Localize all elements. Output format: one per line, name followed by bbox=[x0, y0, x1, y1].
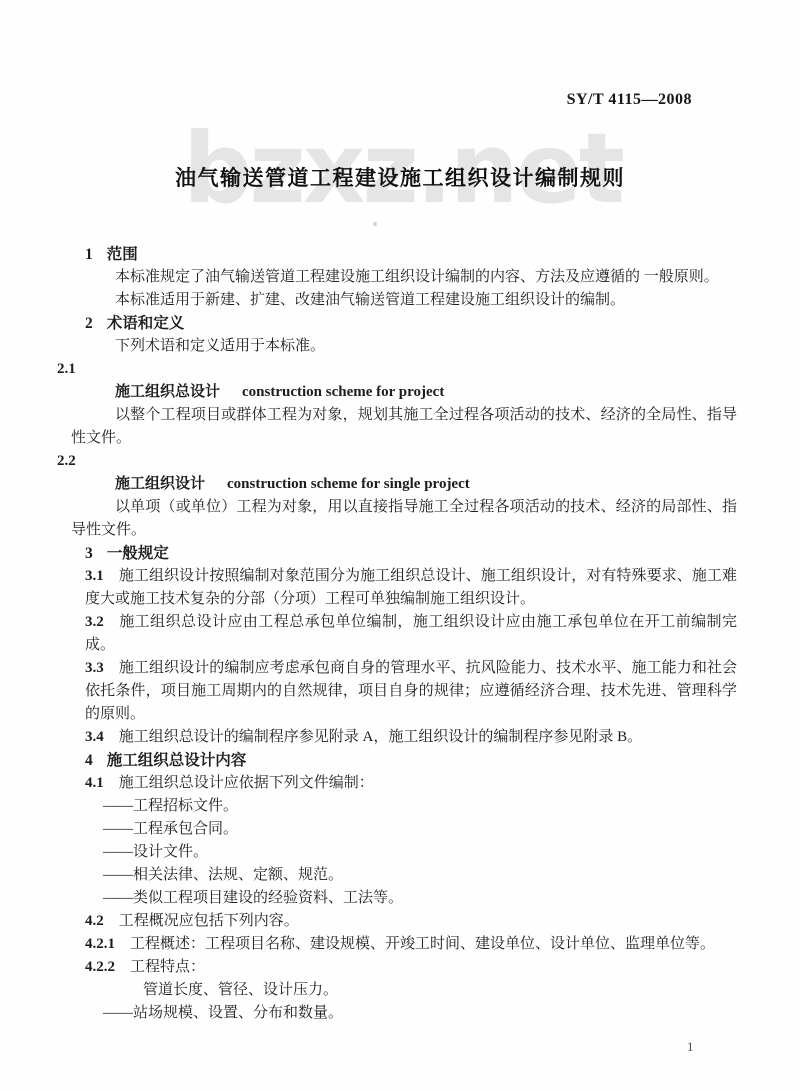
section-1-title: 范围 bbox=[107, 246, 138, 263]
section-4-title: 施工组织总设计内容 bbox=[107, 752, 247, 769]
section-2-heading: 2术语和定义 bbox=[85, 312, 737, 335]
section-2-intro: 下列术语和定义适用于本标准。 bbox=[85, 335, 737, 358]
standard-code: SY/T 4115—2008 bbox=[567, 91, 692, 109]
clause-3-4-text: 施工组织总设计的编制程序参见附录 A，施工组织设计的编制程序参见附录 B。 bbox=[119, 729, 642, 745]
clause-3-2-number: 3.2 bbox=[85, 614, 104, 630]
term-2-2: 2.2 施工组织设计construction scheme for single… bbox=[71, 450, 737, 542]
term-2-2-english: construction scheme for single project bbox=[227, 476, 470, 492]
document-title: 油气输送管道工程建设施工组织设计编制规则 bbox=[0, 162, 800, 192]
section-2-number: 2 bbox=[85, 315, 93, 332]
term-2-1-number: 2.1 bbox=[57, 358, 737, 381]
clause-4-2-1: 4.2.1工程概述：工程项目名称、建设规模、开竣工时间、建设单位、设计单位、监理… bbox=[85, 933, 737, 956]
basis-list-item: ——设计文件。 bbox=[85, 841, 737, 864]
section-1-number: 1 bbox=[85, 246, 93, 263]
term-2-2-definition: 以单项（或单位）工程为对象，用以直接指导施工全过程各项活动的技术、经济的局部性、… bbox=[71, 496, 737, 542]
clause-3-2-text: 施工组织总设计应由工程总承包单位编制，施工组织设计应由施工承包单位在开工前编制完… bbox=[85, 614, 737, 653]
clause-3-2: 3.2施工组织总设计应由工程总承包单位编制，施工组织设计应由施工承包单位在开工前… bbox=[85, 611, 737, 657]
section-1-heading: 1范围 bbox=[85, 243, 737, 266]
basis-list-item: ——类似工程项目建设的经验资料、工法等。 bbox=[85, 887, 737, 910]
clause-3-3-text: 施工组织设计的编制应考虑承包商自身的管理水平、抗风险能力、技术水平、施工能力和社… bbox=[85, 660, 737, 722]
term-2-1-name: 施工组织总设计construction scheme for project bbox=[71, 381, 737, 404]
section-2-title: 术语和定义 bbox=[107, 315, 185, 332]
basis-list-item: ——工程承包合同。 bbox=[85, 818, 737, 841]
scan-artifact-dot bbox=[373, 222, 377, 226]
clause-3-4-number: 3.4 bbox=[85, 729, 104, 745]
section-3-heading: 3一般规定 bbox=[85, 542, 737, 565]
clause-3-3: 3.3施工组织设计的编制应考虑承包商自身的管理水平、抗风险能力、技术水平、施工能… bbox=[85, 657, 737, 726]
term-2-2-number: 2.2 bbox=[57, 450, 737, 473]
clause-3-1: 3.1施工组织设计按照编制对象范围分为施工组织总设计、施工组织设计，对有特殊要求… bbox=[85, 565, 737, 611]
term-2-1-definition: 以整个工程项目或群体工程为对象，规划其施工全过程各项活动的技术、经济的全局性、指… bbox=[71, 404, 737, 450]
section-3-title: 一般规定 bbox=[107, 545, 169, 562]
feature-list-item: 管道长度、管径、设计压力。 bbox=[85, 979, 737, 1002]
clause-4-2-1-number: 4.2.1 bbox=[85, 936, 115, 952]
clause-4-2-2-text: 工程特点： bbox=[130, 959, 205, 975]
term-2-2-chinese: 施工组织设计 bbox=[115, 476, 205, 492]
basis-list-item: ——工程招标文件。 bbox=[85, 795, 737, 818]
feature-list-item: ——站场规模、设置、分布和数量。 bbox=[85, 1002, 737, 1025]
clause-4-2: 4.2工程概况应包括下列内容。 bbox=[85, 910, 737, 933]
document-page: SY/T 4115—2008 bzxz.net 油气输送管道工程建设施工组织设计… bbox=[0, 0, 800, 1090]
term-2-1: 2.1 施工组织总设计construction scheme for proje… bbox=[71, 358, 737, 450]
clause-4-2-text: 工程概况应包括下列内容。 bbox=[119, 913, 299, 929]
clause-4-1-number: 4.1 bbox=[85, 775, 104, 791]
page-number: 1 bbox=[687, 1039, 694, 1055]
section-1-paragraph-1: 本标准规定了油气输送管道工程建设施工组织设计编制的内容、方法及应遵循的 一般原则… bbox=[85, 266, 737, 289]
term-2-1-chinese: 施工组织总设计 bbox=[115, 384, 220, 400]
clause-4-2-2: 4.2.2工程特点： bbox=[85, 956, 737, 979]
section-1-paragraph-2: 本标准适用于新建、扩建、改建油气输送管道工程建设施工组织设计的编制。 bbox=[85, 289, 737, 312]
clause-3-1-text: 施工组织设计按照编制对象范围分为施工组织总设计、施工组织设计，对有特殊要求、施工… bbox=[85, 568, 737, 607]
section-4-number: 4 bbox=[85, 752, 93, 769]
clause-4-2-1-text: 工程概述：工程项目名称、建设规模、开竣工时间、建设单位、设计单位、监理单位等。 bbox=[130, 936, 715, 952]
section-3-number: 3 bbox=[85, 545, 93, 562]
clause-4-1: 4.1施工组织总设计应依据下列文件编制： bbox=[85, 772, 737, 795]
clause-4-2-2-number: 4.2.2 bbox=[85, 959, 115, 975]
clause-3-1-number: 3.1 bbox=[85, 568, 104, 584]
clause-4-1-text: 施工组织总设计应依据下列文件编制： bbox=[119, 775, 374, 791]
clause-3-3-number: 3.3 bbox=[85, 660, 104, 676]
section-4-heading: 4施工组织总设计内容 bbox=[85, 749, 737, 772]
document-body: 1范围 本标准规定了油气输送管道工程建设施工组织设计编制的内容、方法及应遵循的 … bbox=[85, 243, 737, 1025]
clause-3-4: 3.4施工组织总设计的编制程序参见附录 A，施工组织设计的编制程序参见附录 B。 bbox=[85, 726, 737, 749]
term-2-1-english: construction scheme for project bbox=[242, 384, 444, 400]
basis-list-item: ——相关法律、法规、定额、规范。 bbox=[85, 864, 737, 887]
term-2-2-name: 施工组织设计construction scheme for single pro… bbox=[71, 473, 737, 496]
clause-4-2-number: 4.2 bbox=[85, 913, 104, 929]
